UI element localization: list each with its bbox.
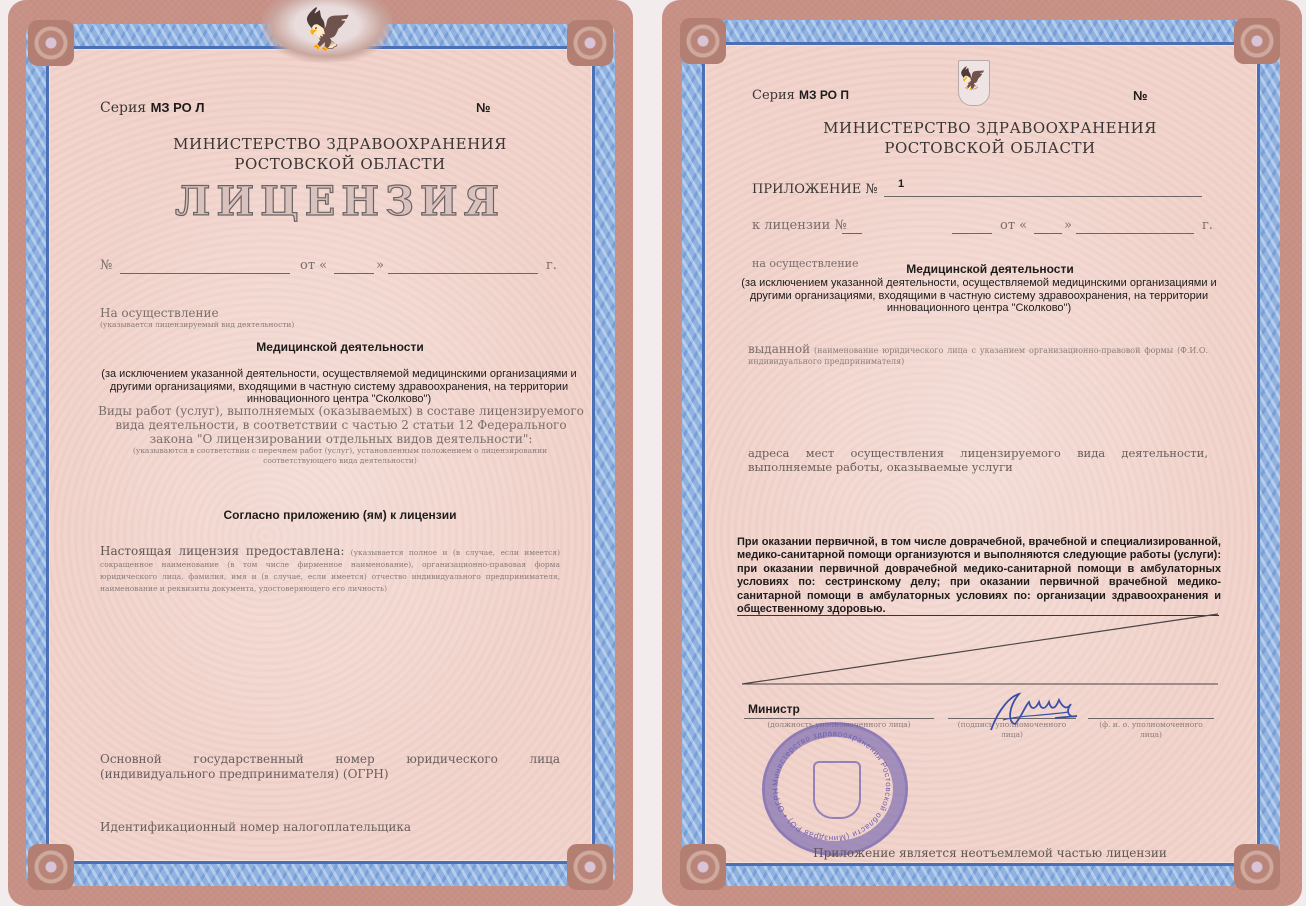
activity-hint: (указывается лицензируемый вид деятельно… (100, 320, 294, 330)
ministry-heading: МИНИСТЕРСТВО ЗДРАВООХРАНЕНИЯ РОСТОВСКОЙ … (760, 118, 1220, 158)
corner-rosette-icon (1234, 844, 1280, 890)
signature-icon (985, 688, 1085, 736)
number-sign: № (476, 100, 491, 115)
ministry-line2: РОСТОВСКОЙ ОБЛАСТИ (760, 138, 1220, 158)
granted-block: Настоящая лицензия предоставлена: (указы… (100, 545, 560, 595)
date-from-label: от « (300, 258, 327, 273)
date-day-field (334, 273, 374, 274)
number-sign: № (1133, 88, 1148, 103)
license-number-field (120, 273, 290, 274)
appendix-label: ПРИЛОЖЕНИЕ № (752, 182, 878, 197)
corner-rosette-icon (567, 844, 613, 890)
services-text: При оказании первичной, в том числе довр… (737, 536, 1221, 616)
corner-rosette-icon (567, 20, 613, 66)
official-seal: Министерство здравоохранения Ростовской … (762, 722, 908, 856)
series-line: Серия МЗ РО Л (100, 100, 205, 116)
addresses-label: адреса мест осуществления лицензируемого… (748, 446, 1208, 474)
date-close-quote: » (376, 258, 384, 273)
activity-value: Медицинской деятельности (100, 340, 580, 354)
date-month-year-field (388, 273, 538, 274)
activity-value: Медицинской деятельности (760, 262, 1220, 276)
z-line-strikeout (738, 612, 1222, 686)
ministry-line2: РОСТОВСКОЙ ОБЛАСТИ (100, 154, 580, 174)
appendix-number: 1 (898, 178, 904, 190)
works-description: Виды работ (услуг), выполняемых (оказыва… (96, 404, 586, 446)
activity-exception: (за исключением указанной деятельности, … (734, 277, 1224, 315)
document-title: ЛИЦЕНЗИЯ (100, 178, 580, 225)
year-suffix: г. (1202, 218, 1213, 233)
coat-of-arms-icon: 🦅 (958, 62, 988, 98)
works-value: Согласно приложению (ям) к лицензии (100, 508, 580, 522)
issued-label: выданной (748, 342, 810, 356)
corner-rosette-icon (680, 18, 726, 64)
signer-position: Министр (748, 702, 800, 716)
appendix-number-field (884, 196, 1202, 197)
position-field (744, 718, 934, 719)
corner-rosette-icon (28, 844, 74, 890)
license-ref-label: к лицензии № (752, 218, 847, 233)
regional-emblem-icon (813, 761, 861, 819)
ogrn-label: Основной государственный номер юридическ… (100, 752, 560, 782)
series-line: Серия МЗ РО П (752, 88, 849, 103)
issued-block: выданной (наименование юридического лица… (748, 344, 1208, 367)
appendix-footer: Приложение является неотъемлемой частью … (760, 846, 1220, 860)
inn-label: Идентификационный номер налогоплательщик… (100, 820, 411, 834)
license-number-label: № (100, 258, 112, 273)
date-from-label: от « (1000, 218, 1027, 233)
ministry-line1: МИНИСТЕРСТВО ЗДРАВООХРАНЕНИЯ (100, 134, 580, 154)
date-month-year-field (1076, 233, 1194, 234)
ministry-heading: МИНИСТЕРСТВО ЗДРАВООХРАНЕНИЯ РОСТОВСКОЙ … (100, 134, 580, 174)
corner-rosette-icon (1234, 18, 1280, 64)
series-value: МЗ РО Л (151, 100, 205, 115)
activity-label: На осуществление (100, 306, 219, 320)
works-hint: (указываются в соответствии с перечнем р… (100, 446, 580, 466)
license-ref-field (952, 233, 992, 234)
series-label: Серия (100, 100, 146, 116)
year-suffix: г. (546, 258, 557, 273)
corner-rosette-icon (28, 20, 74, 66)
license-ref-field (842, 233, 862, 234)
date-day-field (1034, 233, 1062, 234)
coat-of-arms-icon: 🦅 (300, 4, 356, 56)
ministry-line1: МИНИСТЕРСТВО ЗДРАВООХРАНЕНИЯ (760, 118, 1220, 138)
issued-hint: (наименование юридического лица с указан… (748, 346, 1208, 366)
name-hint: (ф. и. о. уполномоченного лица) (1088, 720, 1214, 740)
corner-rosette-icon (680, 844, 726, 890)
name-field (1088, 718, 1214, 719)
series-value: МЗ РО П (799, 88, 849, 102)
date-close-quote: » (1064, 218, 1072, 233)
series-label: Серия (752, 88, 795, 103)
activity-exception: (за исключением указанной деятельности, … (84, 368, 594, 406)
granted-label: Настоящая лицензия предоставлена: (100, 544, 344, 558)
